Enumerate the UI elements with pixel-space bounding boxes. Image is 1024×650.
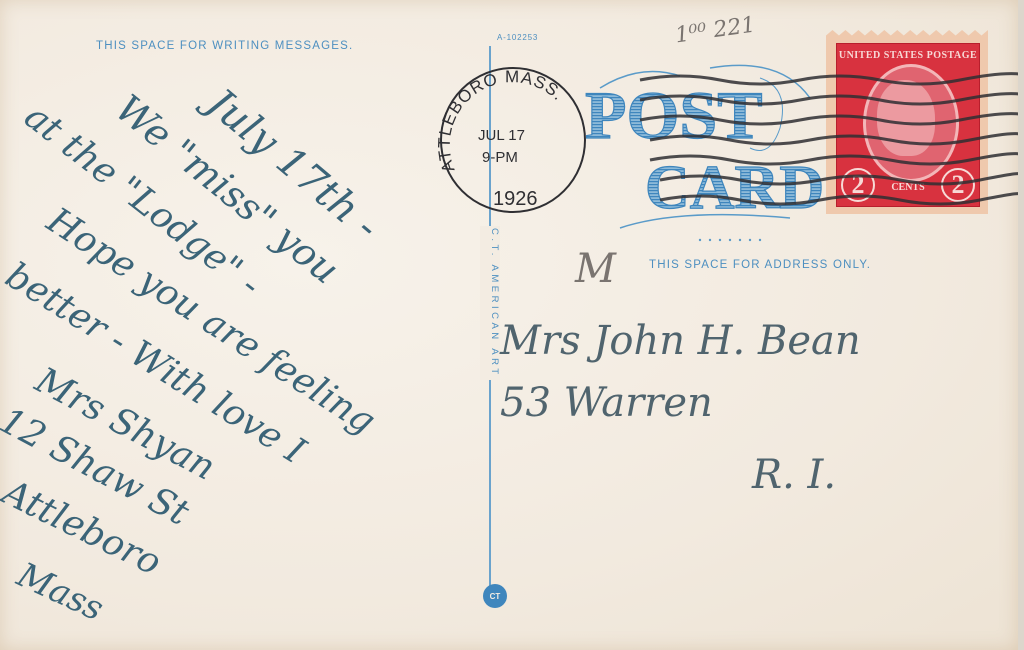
postmark-date: JUL 17 bbox=[478, 127, 525, 144]
postmark-year: 1926 bbox=[493, 188, 538, 210]
publisher-logo-icon: CT bbox=[483, 584, 507, 608]
address-line-3: R. I. bbox=[752, 452, 836, 498]
address-line-2: 53 Warren bbox=[500, 380, 713, 426]
postmark-time: 9-PM bbox=[482, 149, 518, 166]
pencil-initial: M bbox=[575, 246, 616, 292]
postcard-back: THIS SPACE FOR WRITING MESSAGES. A-10225… bbox=[0, 0, 1018, 650]
address-area-label: THIS SPACE FOR ADDRESS ONLY. bbox=[649, 259, 871, 271]
address-line-1: Mrs John H. Bean bbox=[500, 318, 861, 364]
message-line: Mass bbox=[11, 555, 109, 629]
background-edge bbox=[1018, 0, 1024, 650]
